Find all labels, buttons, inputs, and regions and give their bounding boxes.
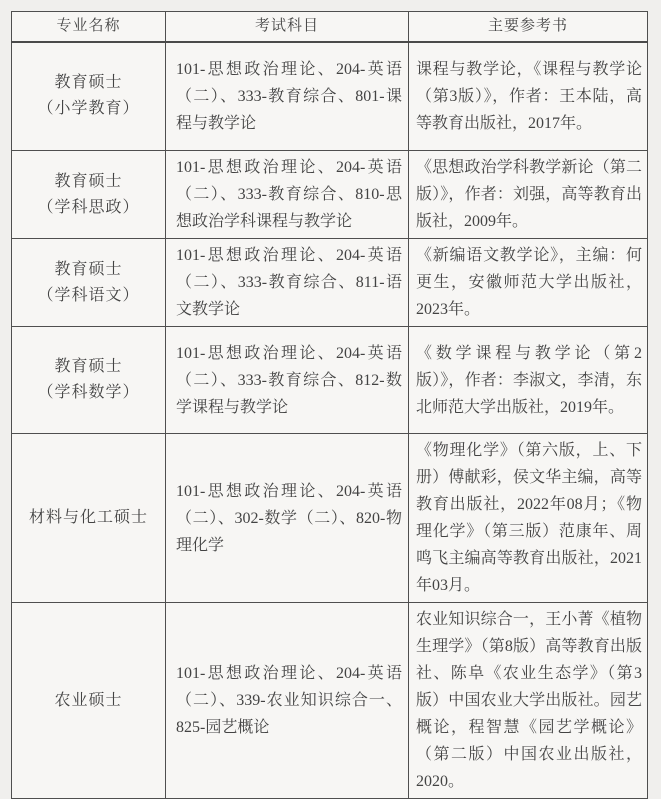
cell-books: 《数学课程与教学论（第2版）》，作者：李淑文，李清，东北师范大学出版社，2019… <box>409 327 648 434</box>
cell-major: 教育硕士 （学科语文） <box>12 239 166 327</box>
table-row: 农业硕士 101-思想政治理论、204-英语（二）、339-农业知识综合一、82… <box>12 603 648 775</box>
cell-major: 教育硕士 （学科数学） <box>12 327 166 434</box>
cell-subjects: 101-思想政治理论、204-英语（二）、333-教育综合、801-课程与教学论 <box>166 42 409 151</box>
cell-subjects: 101-思想政治理论、204-英语（二）、339-农业知识综合一、825-园艺概… <box>166 603 409 775</box>
cell-major: 材料与化工硕士 <box>12 434 166 603</box>
table-row: 教育硕士 （学科语文） 101-思想政治理论、204-英语（二）、333-教育综… <box>12 239 648 327</box>
cell-books: 《物理化学》（第六版，上、下册）傅献彩，侯文华主编，高等教育出版社，2022年0… <box>409 434 648 603</box>
header-major: 专业名称 <box>12 12 166 42</box>
cell-books: 课程与教学论，《课程与教学论（第3版）》，作者：王本陆，高等教育出版社，2017… <box>409 42 648 151</box>
cell-subjects: 101-思想政治理论、204-英语（二）、333-教育综合、810-思想政治学科… <box>166 151 409 239</box>
cell-subjects: 101-思想政治理论、204-英语（二）、333-教育综合、812-数学课程与教… <box>166 327 409 434</box>
table-row: 教育硕士 （学科思政） 101-思想政治理论、204-英语（二）、333-教育综… <box>12 151 648 239</box>
table-row: 教育硕士 （小学教育） 101-思想政治理论、204-英语（二）、333-教育综… <box>12 42 648 151</box>
table-row: 材料与化工硕士 101-思想政治理论、204-英语（二）、302-数学（二）、8… <box>12 434 648 603</box>
table-row: 教育硕士 （学科数学） 101-思想政治理论、204-英语（二）、333-教育综… <box>12 327 648 434</box>
cell-books: 《思想政治学科教学新论（第二版）》，作者：刘强，高等教育出版社，2009年。 <box>409 151 648 239</box>
cell-major: 农业硕士 <box>12 603 166 775</box>
cell-major: 教育硕士 （学科思政） <box>12 151 166 239</box>
exam-reference-table: 专业名称 考试科目 主要参考书 教育硕士 （小学教育） 101-思想政治理论、2… <box>11 11 648 774</box>
cell-subjects: 101-思想政治理论、204-英语（二）、302-数学（二）、820-物理化学 <box>166 434 409 603</box>
cell-books: 农业知识综合一，王小菁《植物生理学》（第8版）高等教育出版社、陈阜《农业生态学》… <box>409 603 648 775</box>
header-books: 主要参考书 <box>409 12 648 42</box>
header-subjects: 考试科目 <box>166 12 409 42</box>
exam-reference-table-container: 专业名称 考试科目 主要参考书 教育硕士 （小学教育） 101-思想政治理论、2… <box>11 11 648 774</box>
table-header-row: 专业名称 考试科目 主要参考书 <box>12 12 648 42</box>
cell-books: 《新编语文教学论》，主编：何更生，安徽师范大学出版社，2023年。 <box>409 239 648 327</box>
cell-major: 教育硕士 （小学教育） <box>12 42 166 151</box>
cell-subjects: 101-思想政治理论、204-英语（二）、333-教育综合、811-语文教学论 <box>166 239 409 327</box>
